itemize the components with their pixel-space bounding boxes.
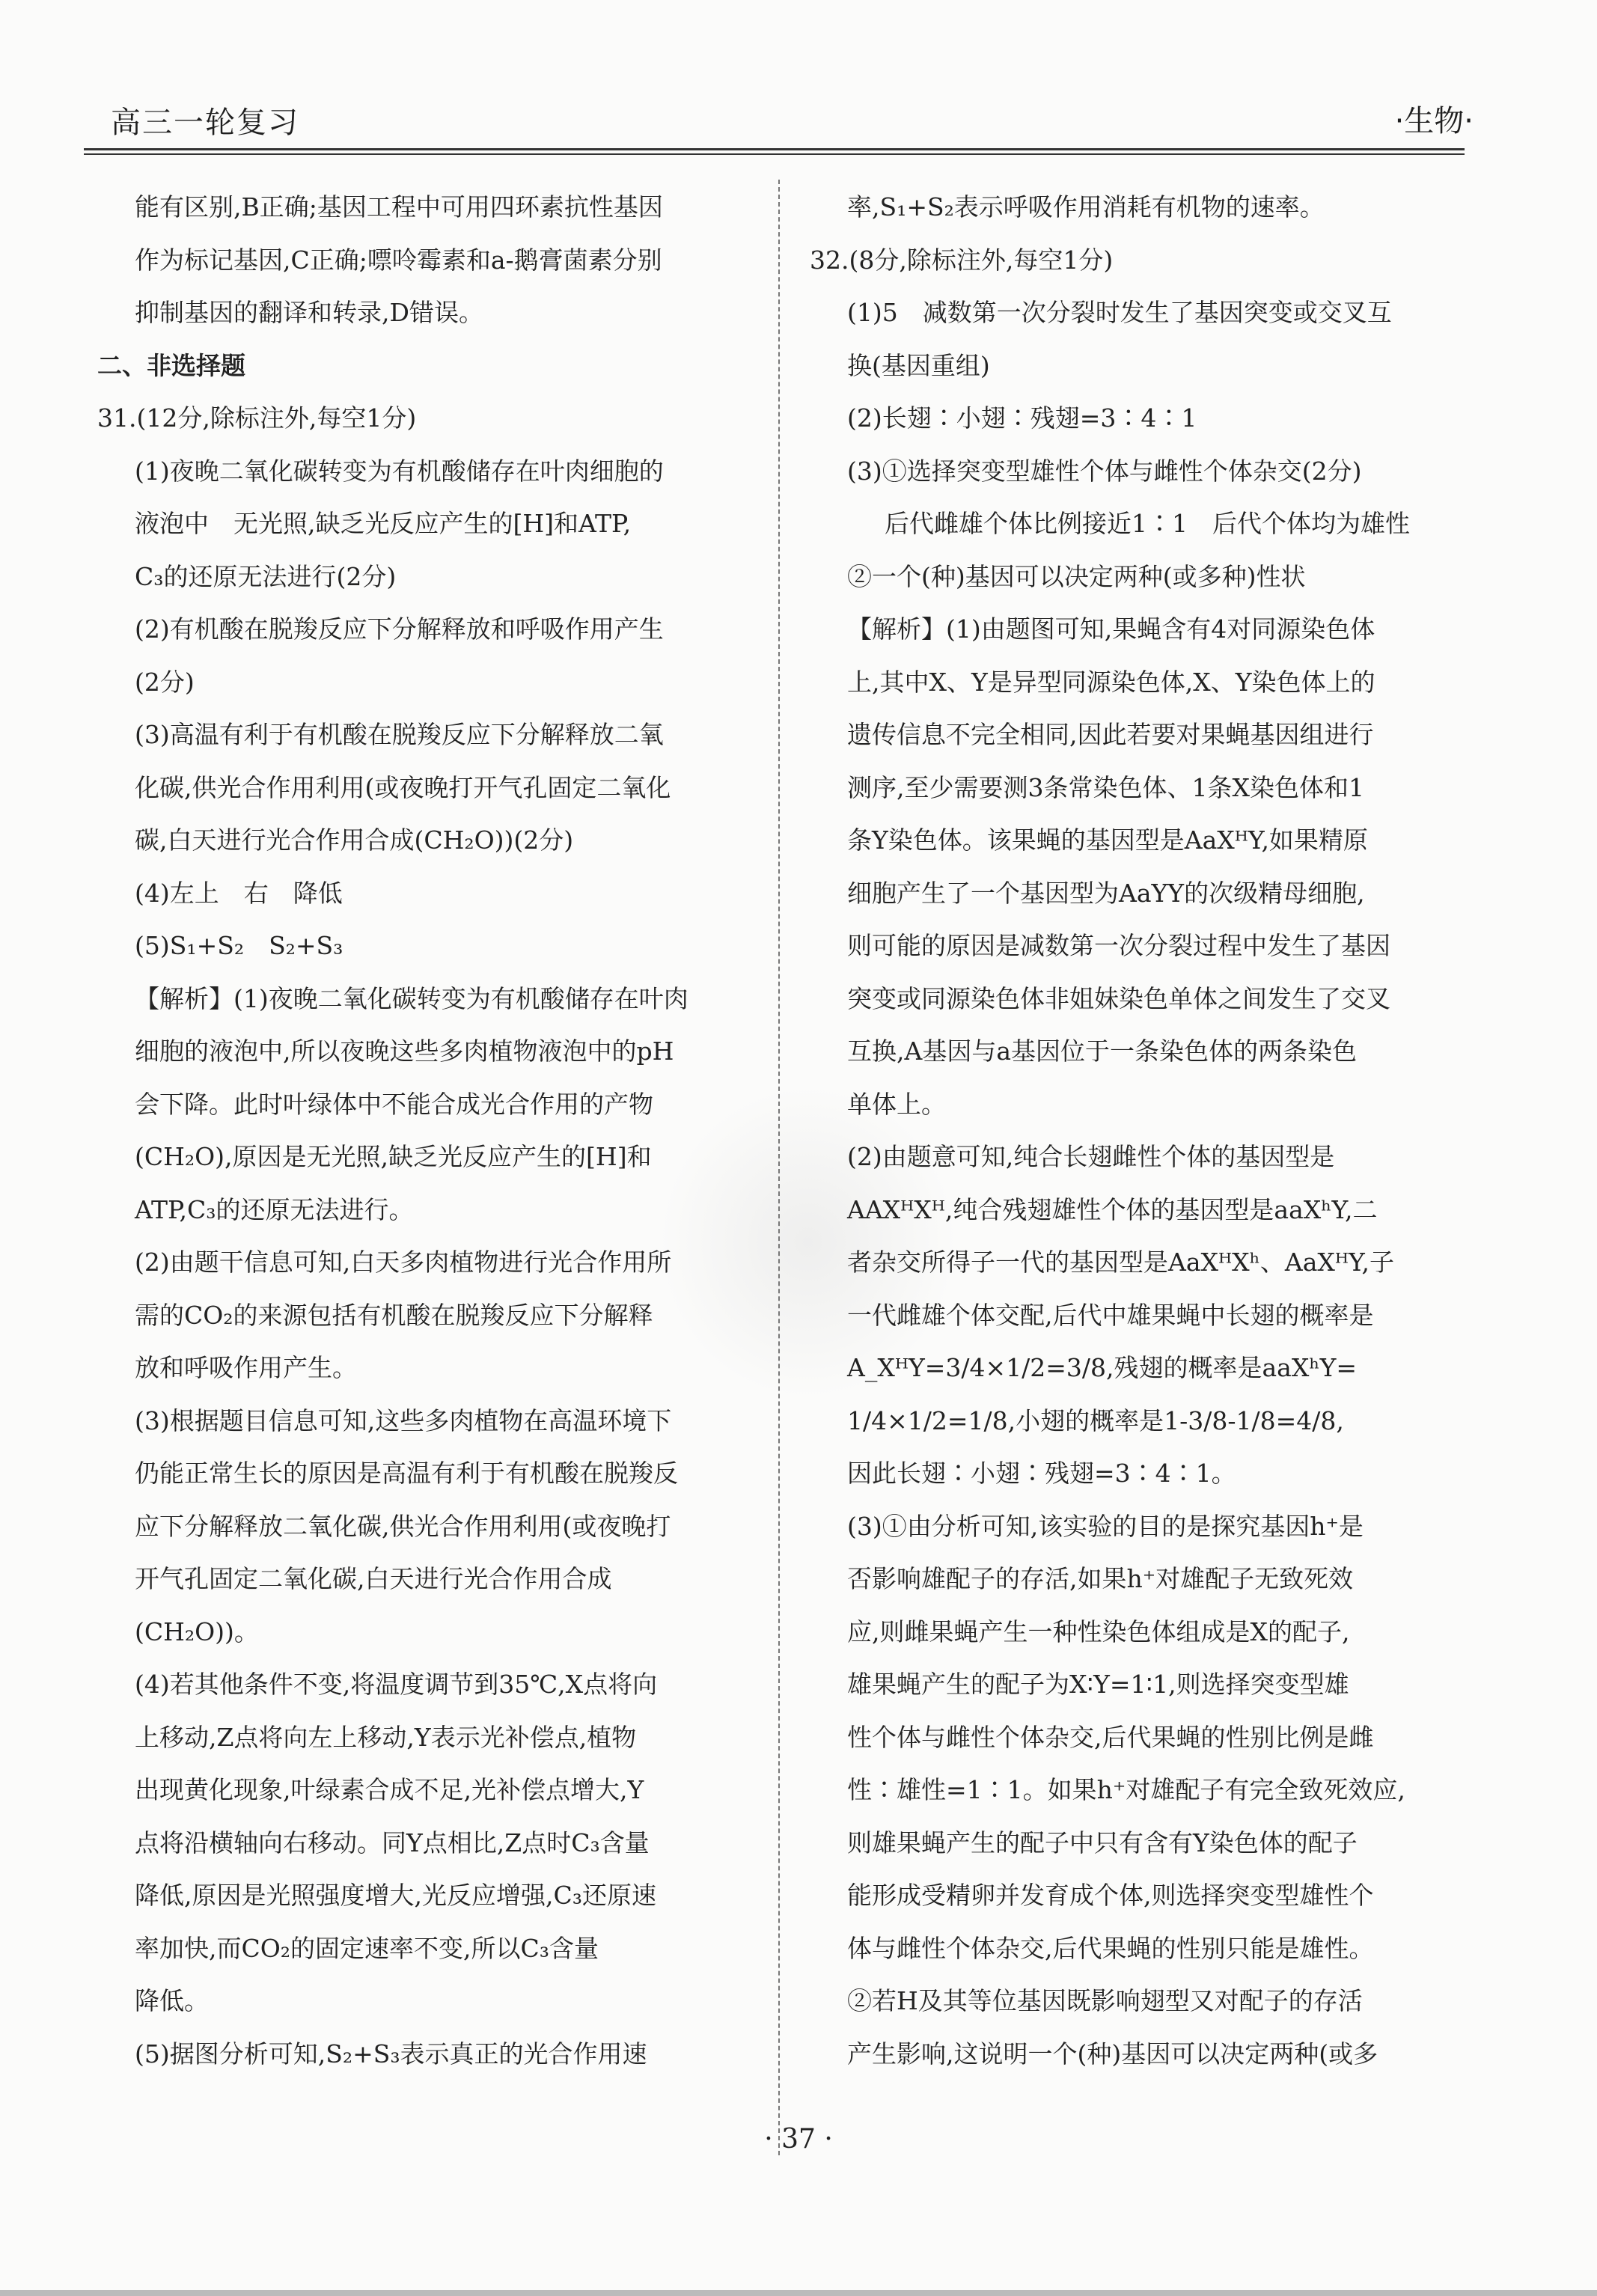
text-line: (4)左上 右 降低 [97,867,763,920]
text-line: 降低,原因是光照强度增大,光反应增强,C₃还原速 [97,1869,763,1923]
text-line: A_XᴴY=3/4×1/2=3/8,残翅的概率是aaXʰY= [810,1342,1476,1395]
left-column: 能有区别,B正确;基因工程中可用四环素抗性基因 作为标记基因,C正确;嘌呤霉素和… [97,181,763,2080]
text-line: 单体上。 [810,1078,1476,1132]
text-line: (CH₂O))。 [97,1606,763,1659]
text-line: 液泡中 无光照,缺乏光反应产生的[H]和ATP, [97,498,763,551]
scan-edge [0,2290,1597,2296]
text-line: 上移动,Z点将向左上移动,Y表示光补偿点,植物 [97,1712,763,1765]
text-line: 1/4×1/2=1/8,小翅的概率是1-3/8-1/8=4/8, [810,1395,1476,1448]
subject-label: ·生物· [1395,97,1474,140]
text-line: 率,S₁+S₂表示呼吸作用消耗有机物的速率。 [810,181,1476,234]
text-line: 降低。 [97,1975,763,2028]
text-line: 作为标记基因,C正确;嘌呤霉素和a-鹅膏菌素分别 [97,234,763,287]
question-header: 31.(12分,除标注外,每空1分) [97,392,763,445]
text-line: 仍能正常生长的原因是高温有利于有机酸在脱羧反 [97,1447,763,1500]
text-line: 雄果蝇产生的配子为X∶Y=1∶1,则选择突变型雄 [810,1658,1476,1712]
text-line: ②若H及其等位基因既影响翅型又对配子的存活 [810,1975,1476,2028]
book-title: 高三一轮复习 [111,99,299,141]
text-line: (2分) [97,656,763,709]
text-line: 应下分解释放二氧化碳,供光合作用利用(或夜晚打 [97,1500,763,1554]
text-line: 性∶雄性=1∶1。如果h⁺对雄配子有完全致死效应, [810,1764,1476,1817]
text-line: 细胞的液泡中,所以夜晚这些多肉植物液泡中的pH [97,1025,763,1078]
text-line: 上,其中X、Y是异型同源染色体,X、Y染色体上的 [810,656,1476,709]
text-line: 开气孔固定二氧化碳,白天进行光合作用合成 [97,1553,763,1606]
text-line: (3)根据题目信息可知,这些多肉植物在高温环境下 [97,1395,763,1448]
text-line: (2)有机酸在脱羧反应下分解释放和呼吸作用产生 [97,603,763,656]
text-line: 则雄果蝇产生的配子中只有含有Y染色体的配子 [810,1817,1476,1870]
column-divider [778,180,780,2155]
text-line: 需的CO₂的来源包括有机酸在脱羧反应下分解释 [97,1289,763,1343]
text-line: 放和呼吸作用产生。 [97,1342,763,1395]
text-line: 性个体与雌性个体杂交,后代果蝇的性别比例是雌 [810,1712,1476,1765]
header-rule [84,148,1465,150]
text-line: 一代雌雄个体交配,后代中雄果蝇中长翅的概率是 [810,1289,1476,1343]
text-line: 产生影响,这说明一个(种)基因可以决定两种(或多 [810,2028,1476,2081]
text-line: 率加快,而CO₂的固定速率不变,所以C₃含量 [97,1923,763,1976]
text-line: 互换,A基因与a基因位于一条染色体的两条染色 [810,1025,1476,1078]
text-line: ATP,C₃的还原无法进行。 [97,1184,763,1237]
text-line: AAXᴴXᴴ,纯合残翅雄性个体的基因型是aaXʰY,二 [810,1184,1476,1237]
right-column: 率,S₁+S₂表示呼吸作用消耗有机物的速率。 32.(8分,除标注外,每空1分)… [810,181,1476,2080]
header-rule-thin [84,153,1465,155]
text-line: 化碳,供光合作用利用(或夜晚打开气孔固定二氧化 [97,762,763,815]
text-line: (1)夜晚二氧化碳转变为有机酸储存在叶肉细胞的 [97,445,763,498]
text-line: (5)据图分析可知,S₂+S₃表示真正的光合作用速 [97,2028,763,2081]
text-line: 体与雌性个体杂交,后代果蝇的性别只能是雄性。 [810,1923,1476,1976]
text-line: (2)长翅∶小翅∶残翅=3∶4∶1 [810,392,1476,445]
text-line: 碳,白天进行光合作用合成(CH₂O))(2分) [97,814,763,867]
text-line: 条Y染色体。该果蝇的基因型是AaXᴴY,如果精原 [810,814,1476,867]
section-heading: 二、非选择题 [97,340,763,393]
text-line: ②一个(种)基因可以决定两种(或多种)性状 [810,551,1476,604]
analysis-line: 【解析】(1)由题图可知,果蝇含有4对同源染色体 [810,603,1476,656]
text-line: (5)S₁+S₂ S₂+S₃ [97,920,763,973]
text-line: 突变或同源染色体非姐妹染色单体之间发生了交叉 [810,973,1476,1026]
text-line: (4)若其他条件不变,将温度调节到35℃,X点将向 [97,1658,763,1712]
text-line: 点将沿横轴向右移动。同Y点相比,Z点时C₃含量 [97,1817,763,1870]
text-line: (3)①由分析可知,该实验的目的是探究基因h⁺是 [810,1500,1476,1554]
text-line: 则可能的原因是减数第一次分裂过程中发生了基因 [810,920,1476,973]
text-line: (2)由题干信息可知,白天多肉植物进行光合作用所 [97,1236,763,1289]
question-header: 32.(8分,除标注外,每空1分) [810,234,1476,287]
text-line: (CH₂O),原因是无光照,缺乏光反应产生的[H]和 [97,1131,763,1184]
text-line: 换(基因重组) [810,340,1476,393]
text-line: 否影响雄配子的存活,如果h⁺对雄配子无致死效 [810,1553,1476,1606]
page-number: · 37 · [0,2124,1597,2155]
text-line: 细胞产生了一个基因型为AaYY的次级精母细胞, [810,867,1476,920]
text-line: 应,则雌果蝇产生一种性染色体组成是X的配子, [810,1606,1476,1659]
analysis-line: 【解析】(1)夜晚二氧化碳转变为有机酸储存在叶肉 [97,973,763,1026]
text-line: 能有区别,B正确;基因工程中可用四环素抗性基因 [97,181,763,234]
text-line: (3)高温有利于有机酸在脱羧反应下分解释放二氧 [97,709,763,762]
text-line: 测序,至少需要测3条常染色体、1条X染色体和1 [810,762,1476,815]
text-line: 因此长翅∶小翅∶残翅=3∶4∶1。 [810,1447,1476,1500]
text-line: 会下降。此时叶绿体中不能合成光合作用的产物 [97,1078,763,1132]
text-line: C₃的还原无法进行(2分) [97,551,763,604]
text-line: (3)①选择突变型雄性个体与雌性个体杂交(2分) [810,445,1476,498]
text-line: 者杂交所得子一代的基因型是AaXᴴXʰ、AaXᴴY,子 [810,1236,1476,1289]
text-line: 能形成受精卵并发育成个体,则选择突变型雄性个 [810,1869,1476,1923]
text-line: 出现黄化现象,叶绿素合成不足,光补偿点增大,Y [97,1764,763,1817]
text-line: 遗传信息不完全相同,因此若要对果蝇基因组进行 [810,709,1476,762]
text-line: 抑制基因的翻译和转录,D错误。 [97,287,763,340]
text-line: 后代雌雄个体比例接近1∶1 后代个体均为雄性 [810,498,1476,551]
text-line: (2)由题意可知,纯合长翅雌性个体的基因型是 [810,1131,1476,1184]
text-line: (1)5 减数第一次分裂时发生了基因突变或交叉互 [810,287,1476,340]
